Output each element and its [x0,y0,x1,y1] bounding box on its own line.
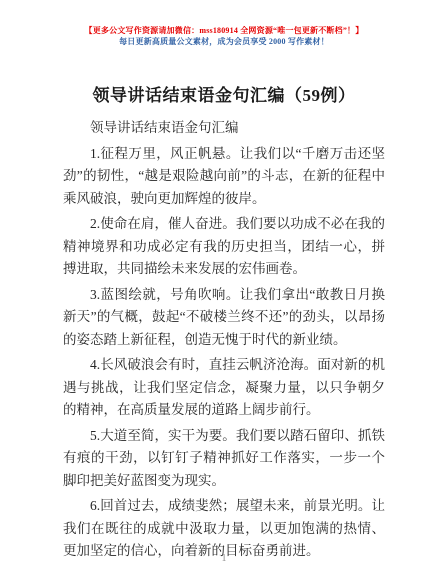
page-title: 领导讲话结束语金句汇编（59例） [0,81,448,106]
document-body: 领导讲话结束语金句汇编 1.征程万里，风正帆悬。让我们以“千磨万击还坚劲”的韧性… [0,117,448,563]
document-page: 【更多公文写作资源请加微信：mss180914 全网资源“唯一包更新不断档”！】… [0,0,448,580]
paragraph-5: 5.大道至简，实干为要。我们要以踏石留印、抓铁有痕的干劲，以钉钉子精神抓好工作落… [63,425,385,493]
promo-line-red: 【更多公文写作资源请加微信：mss180914 全网资源“唯一包更新不断档”！】 [0,25,448,36]
paragraph-1: 1.征程万里，风正帆悬。让我们以“千磨万击还坚劲”的韧性，“越是艰险越向前”的斗… [63,143,385,211]
promo-line-blue: 每日更新高质量公文素材，成为会员享受 2000 写作素材！ [0,36,448,48]
paragraph-4: 4.长风破浪会有时，直挂云帆济沧海。面对新的机遇与挑战，让我们坚定信念，凝聚力量… [63,354,385,422]
paragraph-2: 2.使命在肩，催人奋进。我们要以功成不必在我的精神境界和功成必定有我的历史担当，… [63,213,385,281]
promo-banner: 【更多公文写作资源请加微信：mss180914 全网资源“唯一包更新不断档”！】… [0,0,448,48]
page-number: 1 [0,553,448,564]
paragraph-3: 3.蓝图绘就，号角吹响。让我们拿出“敢教日月换新天”的气概，鼓起“不破楼兰终不还… [63,284,385,352]
document-subtitle: 领导讲话结束语金句汇编 [63,117,385,140]
